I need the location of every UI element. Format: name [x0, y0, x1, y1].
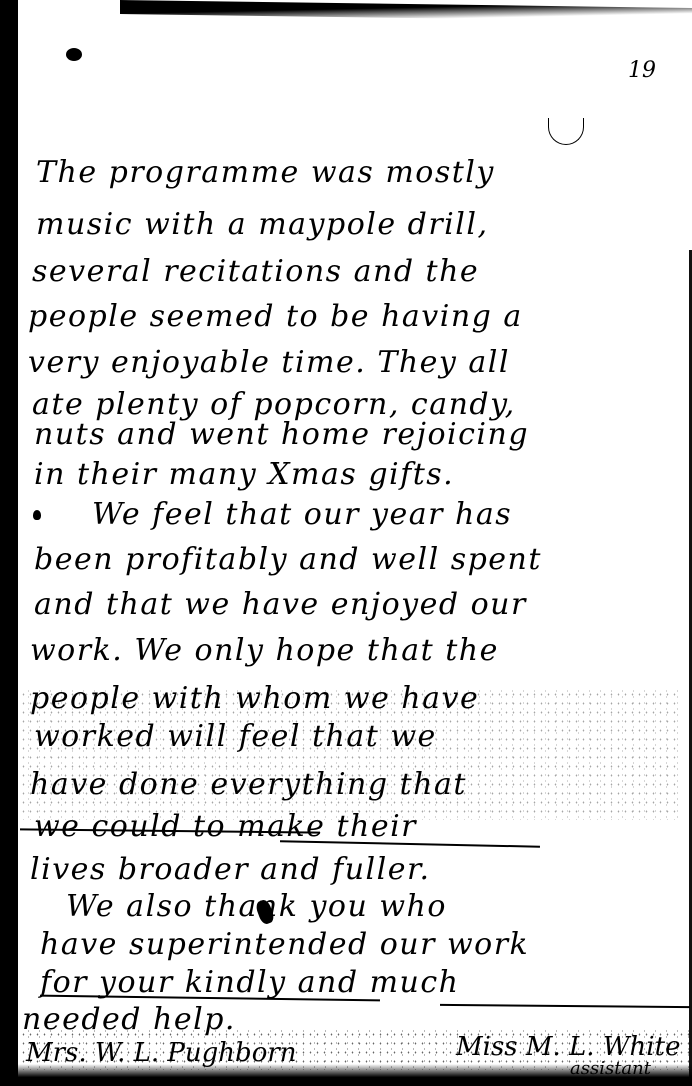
pencil-mark	[548, 118, 584, 145]
text-line: ate plenty of popcorn, candy,	[32, 390, 682, 420]
text-line: We also thank you who	[66, 892, 692, 922]
page-number: 19	[628, 58, 656, 83]
scan-bottom-edge	[0, 1064, 692, 1086]
text-line: people with whom we have	[30, 684, 680, 714]
paragraph-mark	[33, 510, 41, 520]
text-line: people seemed to be having a	[28, 302, 678, 332]
text-line: music with a maypole drill,	[36, 210, 686, 240]
text-line: we could to make their	[34, 812, 684, 842]
scan-left-border	[0, 0, 18, 1086]
text-line: for your kindly and much	[40, 968, 690, 998]
text-line: We feel that our year has	[92, 500, 692, 530]
text-line: in their many Xmas gifts.	[34, 460, 684, 490]
text-line: and that we have enjoyed our	[34, 590, 684, 620]
text-line: have done everything that	[30, 770, 680, 800]
text-line: needed help.	[22, 1005, 672, 1035]
text-line: very enjoyable time. They all	[28, 348, 678, 378]
text-line: lives broader and fuller.	[30, 855, 680, 885]
text-line: nuts and went home rejoicing	[34, 420, 684, 450]
text-line: have superintended our work	[40, 930, 690, 960]
text-line: worked will feel that we	[34, 722, 684, 752]
ink-blot	[66, 48, 82, 61]
text-line: The programme was mostly	[36, 158, 686, 188]
text-line: work. We only hope that the	[30, 636, 680, 666]
text-line: been profitably and well spent	[34, 545, 684, 575]
scan-top-edge	[120, 0, 692, 22]
text-line: several recitations and the	[32, 257, 682, 287]
